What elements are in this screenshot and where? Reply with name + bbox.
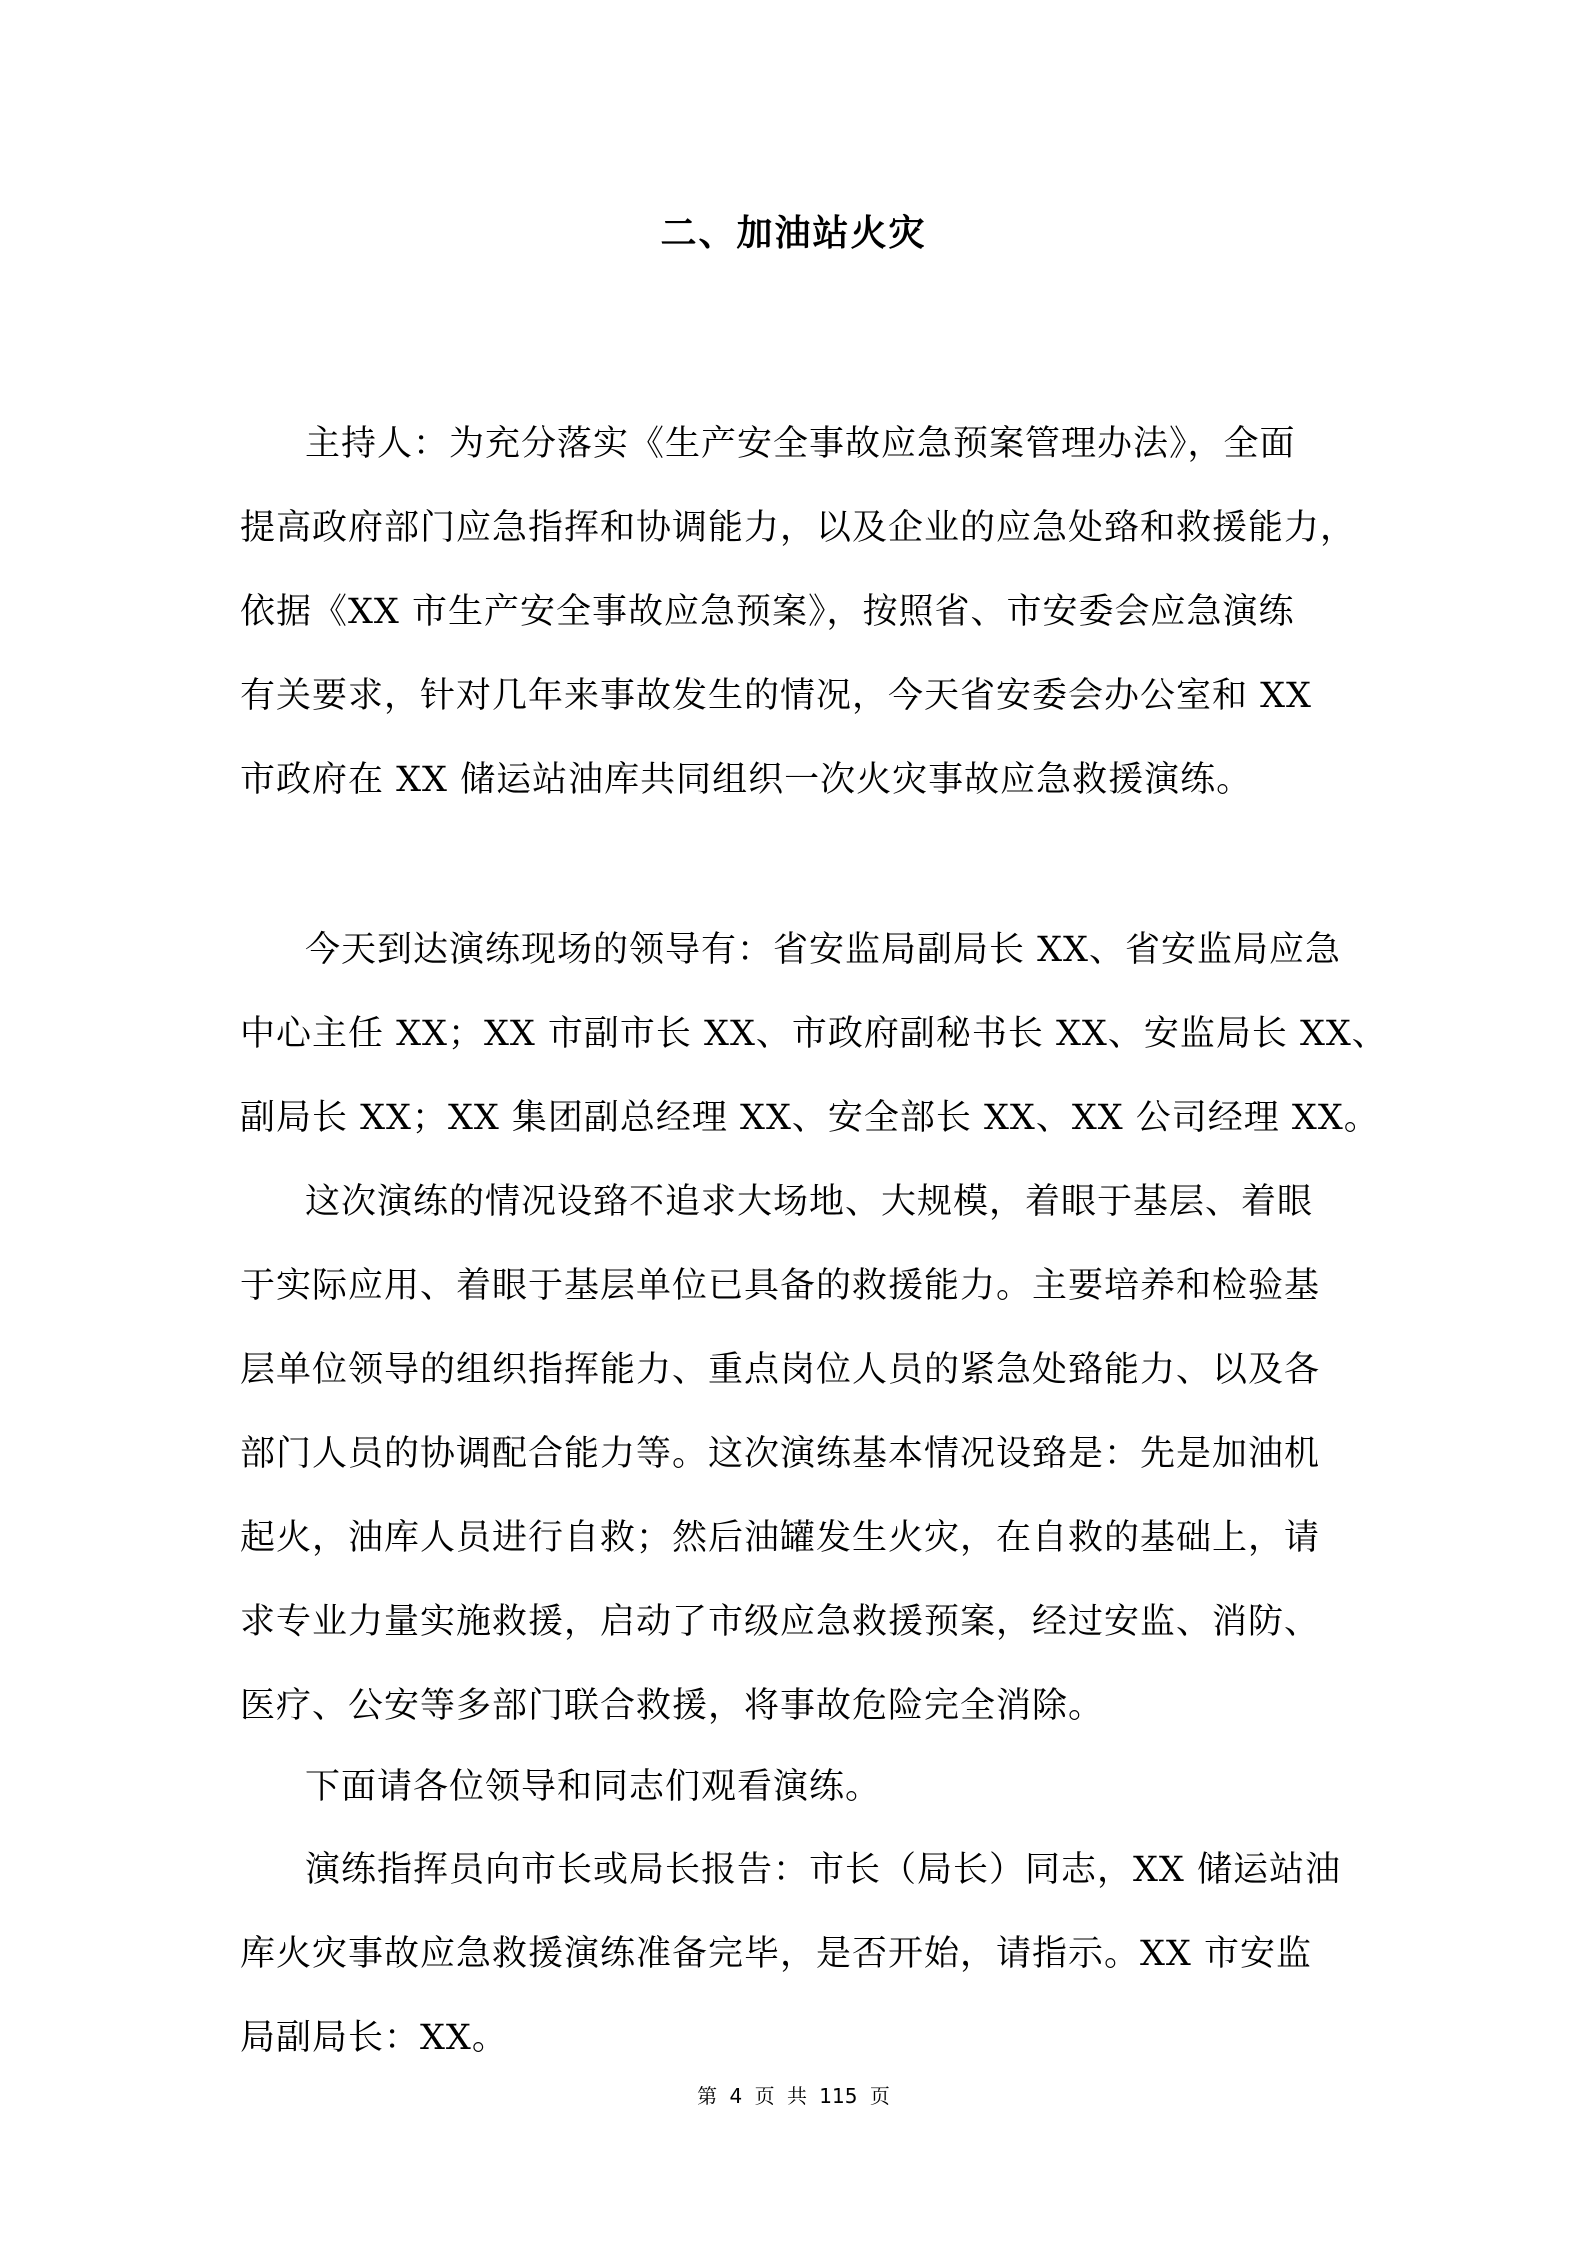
text-line: 副局长 XX；XX 集团副总经理 XX、安全部长 XX、XX 公司经理 XX。 [240, 1096, 1380, 1140]
text-line: 于实际应用、着眼于基层单位已具备的救援能力。主要培养和检验基 [240, 1264, 1320, 1308]
text-line: 下面请各位领导和同志们观看演练。 [305, 1765, 881, 1809]
text-line: 起火，油库人员进行自救；然后油罐发生火灾，在自救的基础上，请 [240, 1516, 1320, 1560]
text-line: 依据《XX 市生产安全事故应急预案》，按照省、市安委会应急演练 [240, 590, 1294, 634]
text-line: 库火灾事故应急救援演练准备完毕，是否开始，请指示。XX 市安监 [240, 1932, 1312, 1976]
document-page: 二、加油站火灾 主持人：为充分落实《生产安全事故应急预案管理办法》，全面 提高政… [0, 0, 1587, 2245]
text-line: 主持人：为充分落实《生产安全事故应急预案管理办法》，全面 [305, 422, 1296, 466]
text-line: 部门人员的协调配合能力等。这次演练基本情况设臵是：先是加油机 [240, 1432, 1320, 1476]
section-title: 二、加油站火灾 [0, 205, 1587, 256]
text-line: 求专业力量实施救援，启动了市级应急救援预案，经过安监、消防、 [240, 1600, 1320, 1644]
text-line: 医疗、公安等多部门联合救援，将事故危险完全消除。 [240, 1684, 1104, 1728]
text-line: 今天到达演练现场的领导有：省安监局副局长 XX、省安监局应急 [305, 928, 1341, 972]
text-line: 中心主任 XX；XX 市副市长 XX、市政府副秘书长 XX、安监局长 XX、 [240, 1012, 1388, 1056]
text-line: 市政府在 XX 储运站油库共同组织一次火灾事故应急救援演练。 [240, 758, 1252, 802]
text-line: 演练指挥员向市长或局长报告：市长（局长）同志，XX 储运站油 [305, 1848, 1341, 1892]
text-line: 层单位领导的组织指挥能力、重点岗位人员的紧急处臵能力、以及各 [240, 1348, 1320, 1392]
page-number-footer: 第 4 页 共 115 页 [0, 2080, 1587, 2109]
text-line: 有关要求，针对几年来事故发生的情况，今天省安委会办公室和 XX [240, 674, 1312, 718]
text-line: 提高政府部门应急指挥和协调能力，以及企业的应急处臵和救援能力， [240, 506, 1356, 550]
text-line: 这次演练的情况设臵不追求大场地、大规模，着眼于基层、着眼 [305, 1180, 1313, 1224]
text-line: 局副局长：XX。 [240, 2016, 508, 2060]
